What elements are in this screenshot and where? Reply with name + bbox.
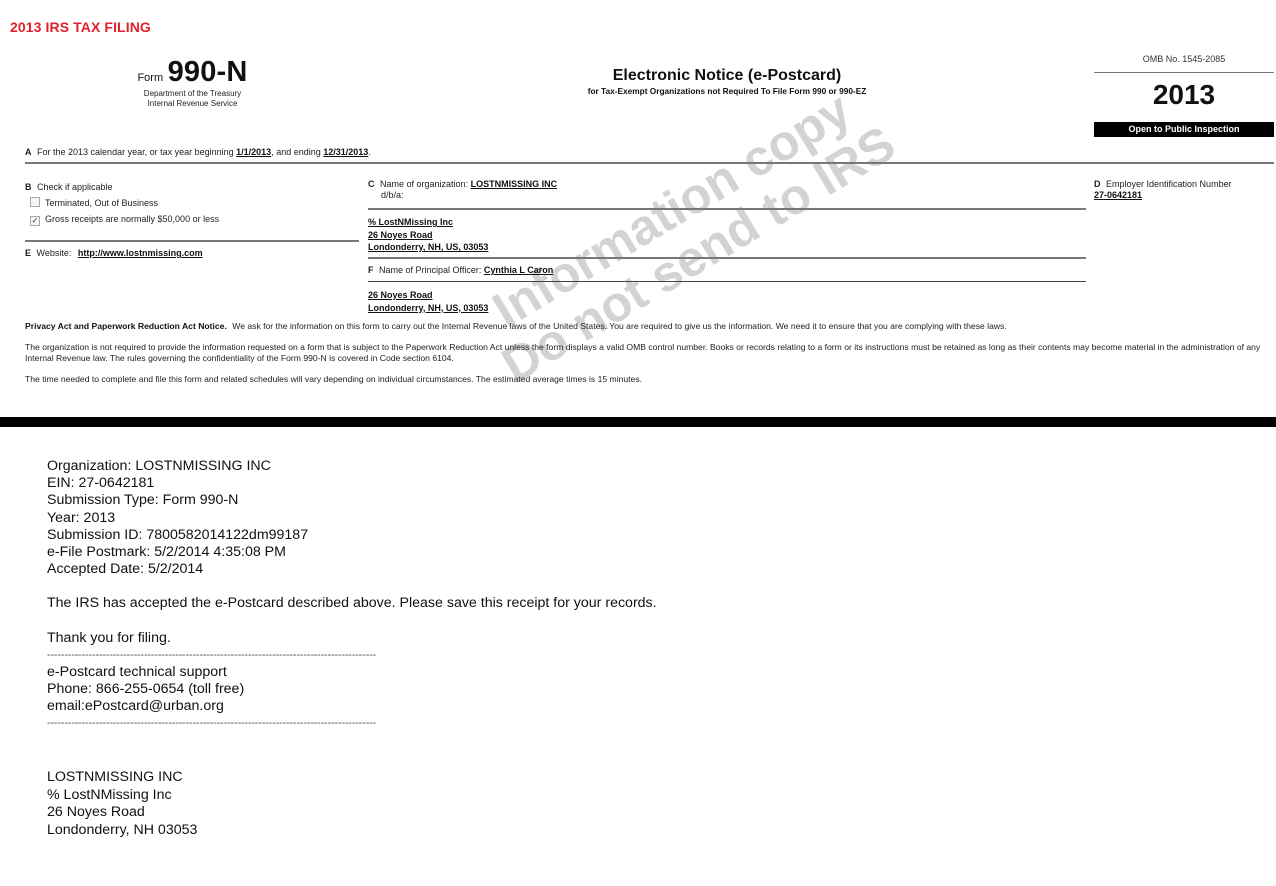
section-e: E Website: http://www.lostnmissing.com xyxy=(25,248,203,258)
dba-label: d/b/a: xyxy=(381,190,557,201)
section-a-text-middle: , and ending xyxy=(271,147,321,157)
omb-number: OMB No. 1545-2085 xyxy=(1094,54,1274,64)
privacy-notice: Privacy Act and Paperwork Reduction Act … xyxy=(25,321,1270,395)
mailing-address-line-1: LOSTNMISSING INC xyxy=(47,769,197,787)
receipt-accepted-date: Accepted Date: 5/2/2014 xyxy=(47,561,657,578)
org-name-value: LOSTNMISSING INC xyxy=(471,179,558,189)
receipt-ein: EIN: 27-0642181 xyxy=(47,475,657,492)
form-label: Form xyxy=(137,72,163,84)
privacy-paragraph-1: We ask for the information on this form … xyxy=(232,321,1007,331)
privacy-heading: Privacy Act and Paperwork Reduction Act … xyxy=(25,321,227,331)
checkbox-gross-receipts[interactable]: ✓ xyxy=(30,216,40,226)
form-number: 990-N xyxy=(168,56,248,88)
mailing-address-line-4: Londonderry, NH 03053 xyxy=(47,822,197,840)
privacy-paragraph-2: The organization is not required to prov… xyxy=(25,342,1270,364)
mailing-address-line-2: % LostNMissing Inc xyxy=(47,787,197,805)
org-name-label: Name of organization: xyxy=(380,179,468,189)
form-title: Electronic Notice (e-Postcard) xyxy=(420,67,1034,85)
receipt-year: Year: 2013 xyxy=(47,510,657,527)
officer-address-line-2: Londonderry, NH, US, 03053 xyxy=(368,302,488,315)
divider xyxy=(368,257,1086,259)
mailing-address-line-3: 26 Noyes Road xyxy=(47,804,197,822)
dashed-separator: ----------------------------------------… xyxy=(47,647,447,664)
checkmark-icon: ✓ xyxy=(32,216,39,225)
section-d-letter: D xyxy=(1094,179,1101,189)
org-address: % LostNMissing Inc 26 Noyes Road Londond… xyxy=(368,216,488,254)
tax-year-end: 12/31/2013 xyxy=(323,147,368,157)
form-title-block: Electronic Notice (e-Postcard) for Tax-E… xyxy=(420,67,1034,96)
org-address-line-1: % LostNMissing Inc xyxy=(368,216,488,229)
section-b-letter: B xyxy=(25,182,32,192)
ein-label: Employer Identification Number xyxy=(1106,179,1232,189)
support-phone: Phone: 866-255-0654 (toll free) xyxy=(47,681,657,698)
thanks-message: Thank you for filing. xyxy=(47,630,657,647)
section-a-period: . xyxy=(368,147,371,157)
officer-label: Name of Principal Officer: xyxy=(379,265,481,275)
section-a-text: For the 2013 calendar year, or tax year … xyxy=(37,147,234,157)
section-a: A For the 2013 calendar year, or tax yea… xyxy=(25,147,371,157)
privacy-paragraph-3: The time needed to complete and file thi… xyxy=(25,374,1270,385)
support-heading: e-Postcard technical support xyxy=(47,664,657,681)
section-separator-bar xyxy=(0,417,1276,427)
department-line-1: Department of the Treasury xyxy=(130,89,255,99)
divider xyxy=(368,281,1086,282)
checkbox-row-gross-receipts: ✓Gross receipts are normally $50,000 or … xyxy=(30,211,219,227)
section-a-letter: A xyxy=(25,147,32,157)
checkbox-label: Gross receipts are normally $50,000 or l… xyxy=(45,214,219,224)
department-line-2: Internal Revenue Service xyxy=(130,99,255,109)
divider xyxy=(25,162,1274,164)
section-f-letter: F xyxy=(368,265,374,275)
section-c: C Name of organization: LOSTNMISSING INC… xyxy=(368,179,557,201)
tax-year-begin: 1/1/2013 xyxy=(236,147,271,157)
checkbox-terminated[interactable] xyxy=(30,197,40,207)
mailing-address: LOSTNMISSING INC % LostNMissing Inc 26 N… xyxy=(47,769,197,839)
accepted-message: The IRS has accepted the e-Postcard desc… xyxy=(47,595,657,612)
checkbox-row-terminated: Terminated, Out of Business xyxy=(30,195,219,211)
website-link[interactable]: http://www.lostnmissing.com xyxy=(78,248,203,258)
checkbox-label: Terminated, Out of Business xyxy=(45,198,158,208)
ein-value: 27-0642181 xyxy=(1094,190,1232,201)
officer-name: Cynthia L Caron xyxy=(484,265,553,275)
tax-year: 2013 xyxy=(1094,79,1274,111)
section-b-label: Check if applicable xyxy=(37,182,113,192)
website-label: Website: xyxy=(37,248,72,258)
form-identifier: Form 990-N Department of the Treasury In… xyxy=(130,56,255,109)
divider xyxy=(368,208,1086,210)
support-email: email:ePostcard@urban.org xyxy=(47,698,657,715)
section-e-letter: E xyxy=(25,248,31,258)
receipt-organization: Organization: LOSTNMISSING INC xyxy=(47,458,657,475)
receipt-submission-type: Submission Type: Form 990-N xyxy=(47,492,657,509)
org-address-line-3: Londonderry, NH, US, 03053 xyxy=(368,241,488,254)
dashed-separator: ----------------------------------------… xyxy=(47,715,447,732)
form-990n-panel: Information copy Do not send to IRS Form… xyxy=(0,0,1276,415)
divider xyxy=(25,240,359,242)
section-f: F Name of Principal Officer: Cynthia L C… xyxy=(368,265,553,275)
receipt-submission-id: Submission ID: 7800582014122dm99187 xyxy=(47,527,657,544)
divider xyxy=(1094,72,1274,73)
section-d: D Employer Identification Number 27-0642… xyxy=(1094,179,1232,201)
officer-address: 26 Noyes Road Londonderry, NH, US, 03053 xyxy=(368,289,488,314)
form-subtitle: for Tax-Exempt Organizations not Require… xyxy=(420,86,1034,96)
public-inspection-badge: Open to Public Inspection xyxy=(1094,122,1274,137)
receipt-postmark: e-File Postmark: 5/2/2014 4:35:08 PM xyxy=(47,544,657,561)
section-b: B Check if applicable Terminated, Out of… xyxy=(25,179,219,227)
officer-address-line-1: 26 Noyes Road xyxy=(368,289,488,302)
efile-receipt: Organization: LOSTNMISSING INC EIN: 27-0… xyxy=(47,458,657,732)
section-c-letter: C xyxy=(368,179,375,189)
org-address-line-2: 26 Noyes Road xyxy=(368,229,488,242)
